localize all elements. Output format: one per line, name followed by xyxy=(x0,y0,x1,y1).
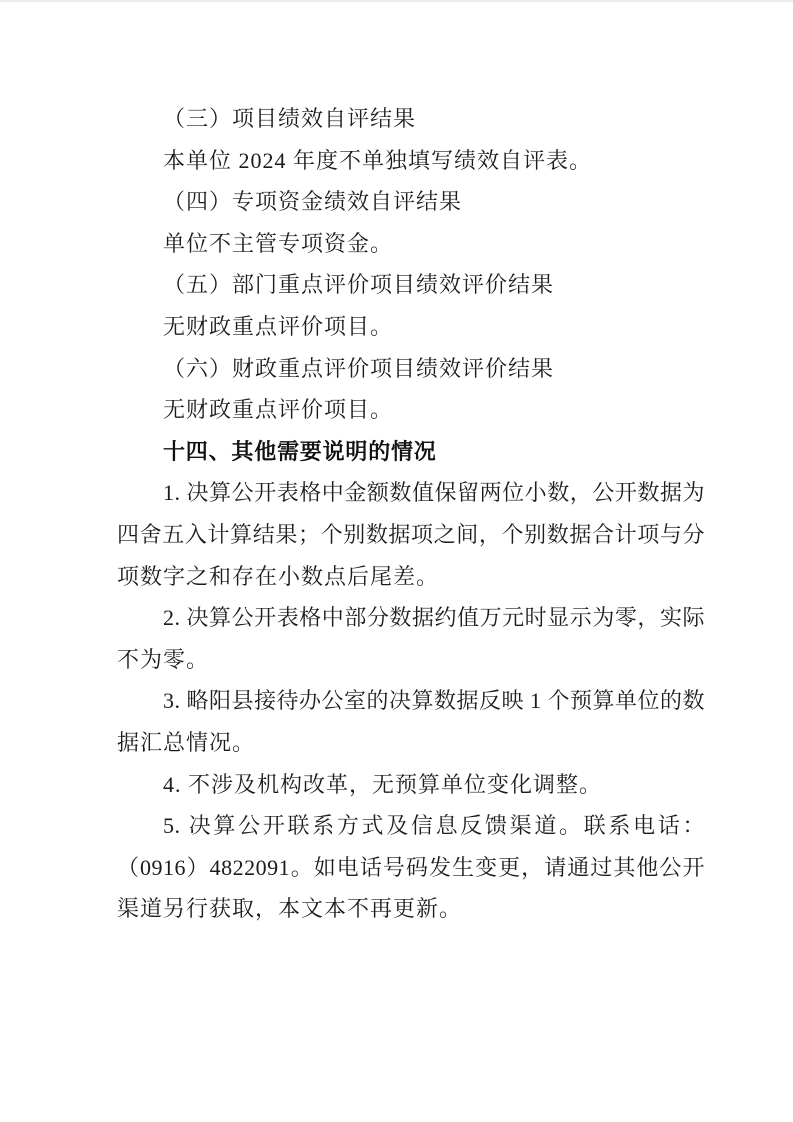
note-4-line-1: 4. 不涉及机构改革，无预算单位变化调整。 xyxy=(117,764,705,806)
note-5-line-1: 5. 决算公开联系方式及信息反馈渠道。联系电话： xyxy=(117,805,705,847)
note-5-line-3: 渠道另行获取，本文本不再更新。 xyxy=(117,888,705,930)
subsection-heading-4: （四）专项资金绩效自评结果 xyxy=(117,181,705,223)
note-1-line-1: 1. 决算公开表格中金额数值保留两位小数，公开数据为 xyxy=(117,472,705,514)
subsection-heading-5: （五）部门重点评价项目绩效评价结果 xyxy=(117,264,705,306)
note-1-line-2: 四舍五入计算结果；个别数据项之间，个别数据合计项与分 xyxy=(117,514,705,556)
paragraph-line: 无财政重点评价项目。 xyxy=(117,306,705,348)
document-page: （三）项目绩效自评结果本单位 2024 年度不单独填写绩效自评表。（四）专项资金… xyxy=(0,0,793,1122)
subsection-heading-6: （六）财政重点评价项目绩效评价结果 xyxy=(117,348,705,390)
document-text-block: （三）项目绩效自评结果本单位 2024 年度不单独填写绩效自评表。（四）专项资金… xyxy=(117,98,705,930)
paragraph-line: 无财政重点评价项目。 xyxy=(117,389,705,431)
note-2-line-1: 2. 决算公开表格中部分数据约值万元时显示为零，实际 xyxy=(117,597,705,639)
note-3-line-1: 3. 略阳县接待办公室的决算数据反映 1 个预算单位的数 xyxy=(117,680,705,722)
section-heading-14: 十四、其他需要说明的情况 xyxy=(117,431,705,473)
paragraph-line: 本单位 2024 年度不单独填写绩效自评表。 xyxy=(117,140,705,182)
subsection-heading-3: （三）项目绩效自评结果 xyxy=(117,98,705,140)
note-3-line-2: 据汇总情况。 xyxy=(117,722,705,764)
paragraph-line: 单位不主管专项资金。 xyxy=(117,223,705,265)
note-1-line-3: 项数字之和存在小数点后尾差。 xyxy=(117,556,705,598)
note-2-line-2: 不为零。 xyxy=(117,639,705,681)
note-5-line-2: （0916）4822091。如电话号码发生变更，请通过其他公开 xyxy=(117,847,705,889)
